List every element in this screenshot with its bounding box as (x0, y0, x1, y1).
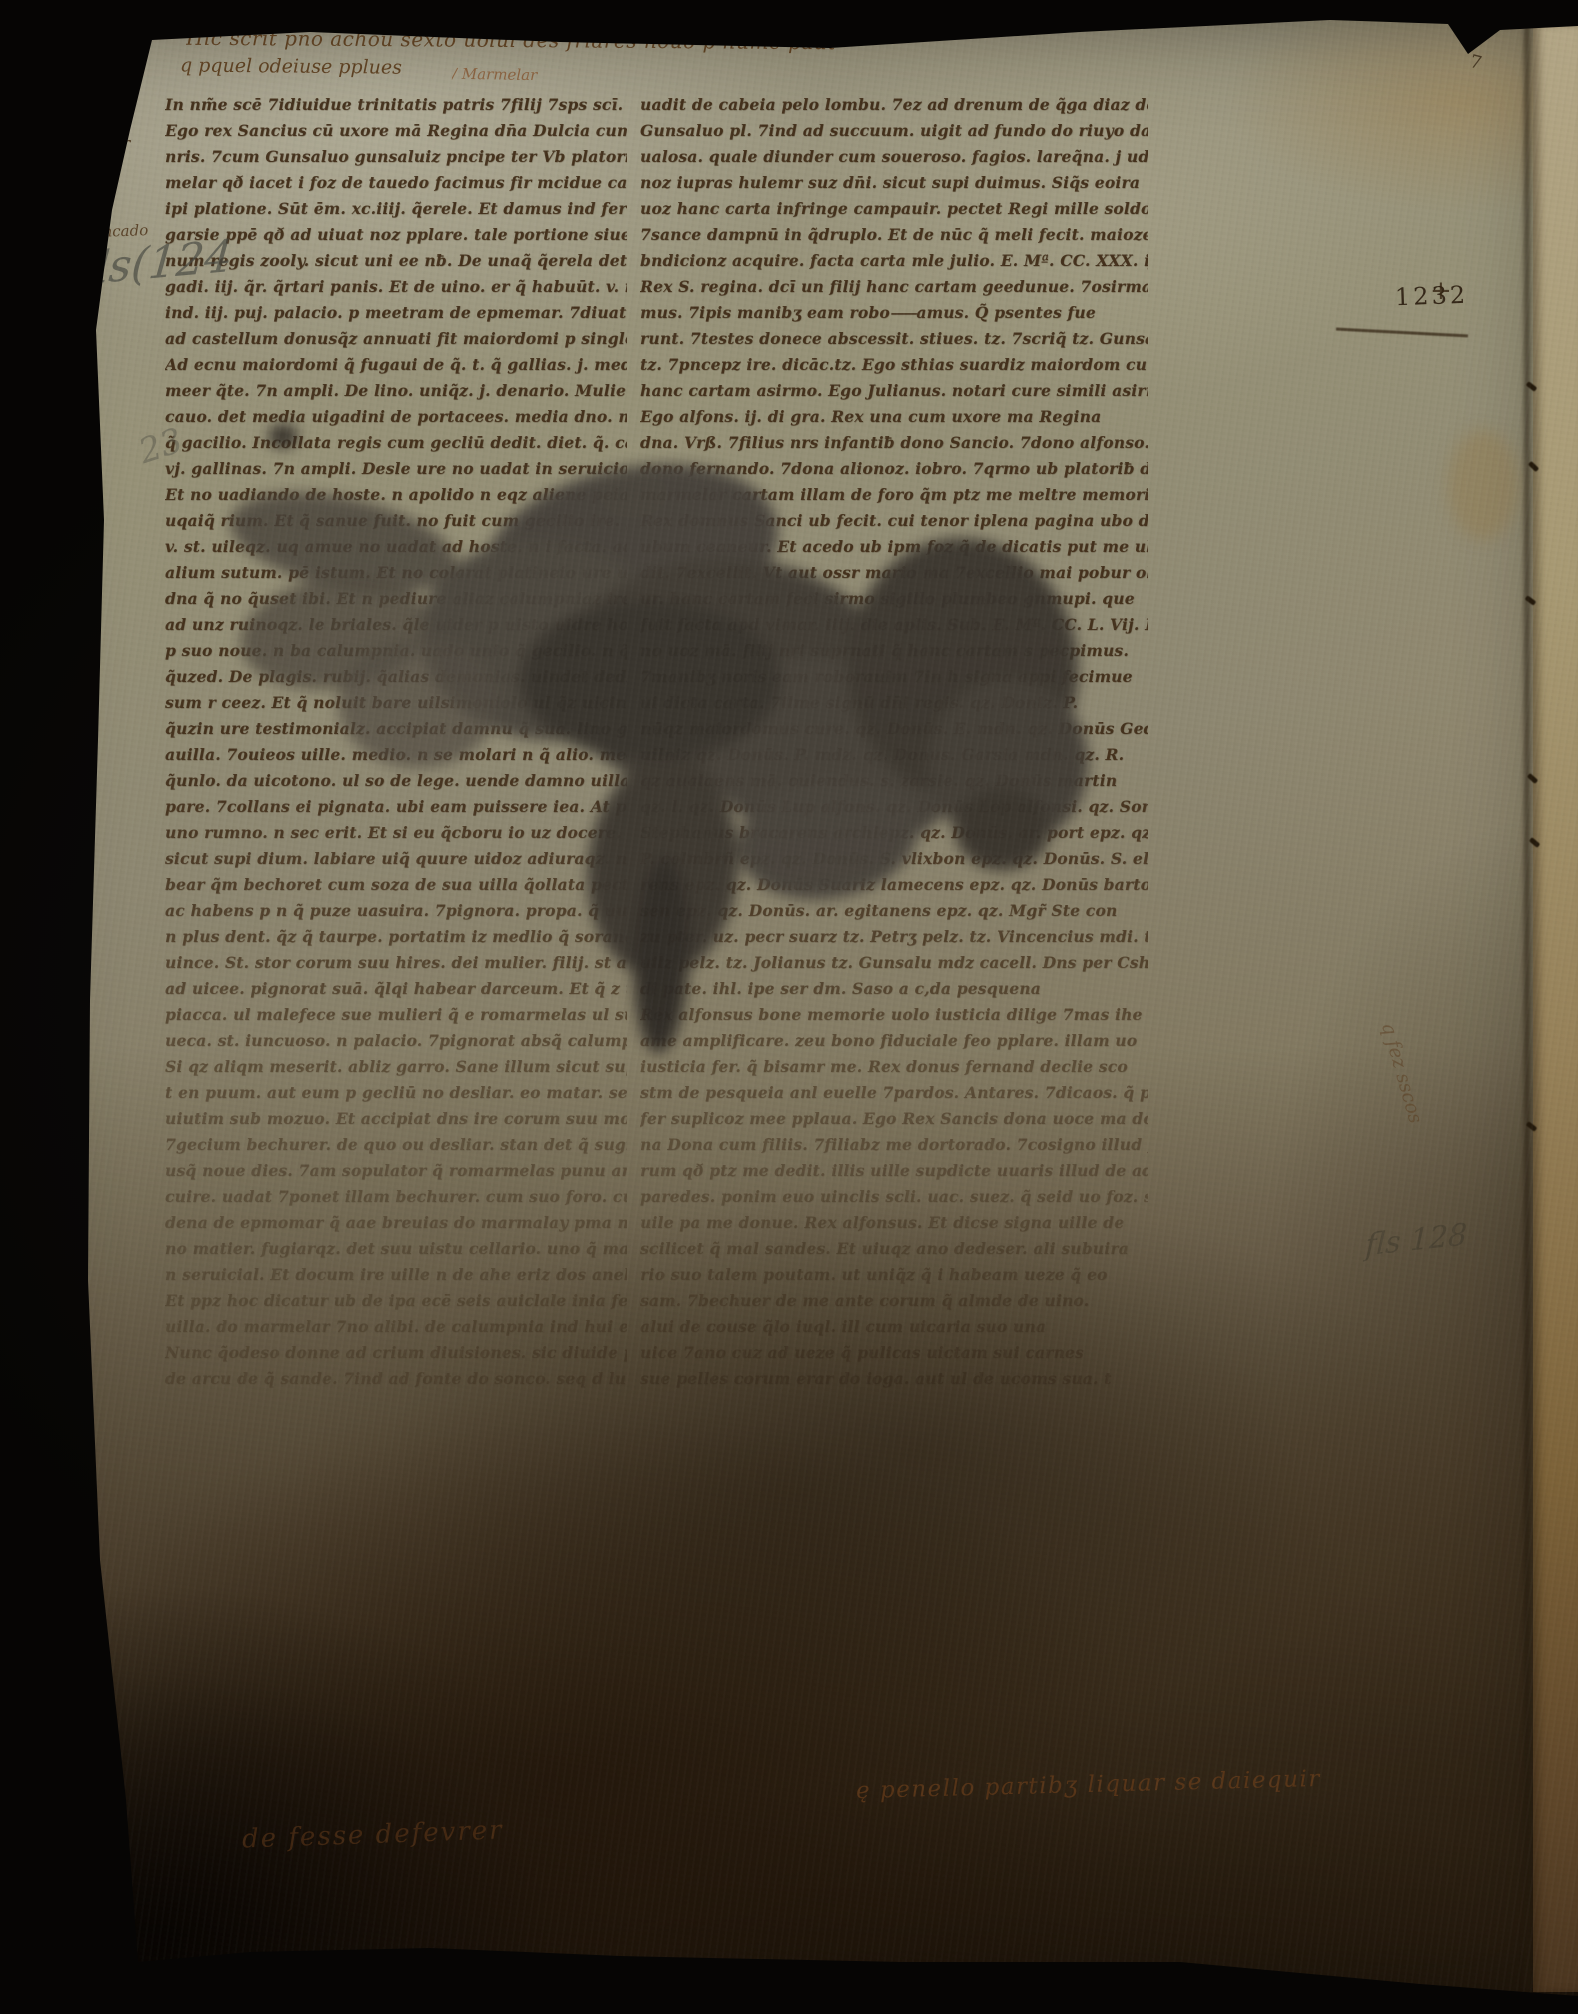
text-line: Ego rex Sancius cū uxore mā Regina dn̄a … (165, 118, 627, 144)
text-line: ac habens p n q̃ puze uasuira. 7pignora.… (165, 898, 627, 924)
pencil-folio-annotation-lower: fls 128 (1365, 1217, 1468, 1263)
text-line: bndicionz acquire. facta carta mle julio… (640, 248, 1148, 274)
text-line: sue pelles corum erar do ioga. aut ul de… (640, 1366, 1148, 1392)
text-line: scilicet q̃ mal sandes. Et uiuqz ano ded… (640, 1236, 1148, 1262)
footer-center-note: ę penello partibʒ liquar se daiequir (856, 1766, 1321, 1804)
text-line: garsie ppē qð ad uiuat noz pplare. tale … (165, 222, 627, 248)
text-line: uice 7ano cuz ad ueze q̃ pulicas uictam … (640, 1340, 1148, 1366)
text-line: q̃uzin ure testimonialz. accipiat damnu … (165, 716, 627, 742)
text-line: 7manibʒ noris eam roborauim 7in h signa … (640, 664, 1148, 690)
text-line: marmelar cartam illam de foro q̃m ptz me… (640, 482, 1148, 508)
text-line: auilla. 7ouieos uille. medio. n se molar… (165, 742, 627, 768)
text-line: dono fernando. 7dona alionoz. iobro. 7qr… (640, 456, 1148, 482)
text-line: ad unz ruinoqz. le briales. q̃le uider p… (165, 612, 627, 638)
text-line: hanc cartam asirmo. Ego Julianus. notari… (640, 378, 1148, 404)
text-line: meer q̃te. 7n ampli. De lino. uniq̃z. j.… (165, 378, 627, 404)
text-line: fuit facta apd vimar. iiij. die aplis. S… (640, 612, 1148, 638)
text-column-left: In nm̃e scē 7idiuidue trinitatis patris … (165, 92, 627, 1392)
text-line: sam. 7bechuer de me ante corum q̃ almde … (640, 1288, 1148, 1314)
text-line: alium sutum. pē istum. Et no colarat pla… (165, 560, 627, 586)
text-line: ipi platione. Sūt ēm. xc.iiij. q̃erele. … (165, 196, 627, 222)
text-line: rens epz. qz. Donūs Suariz lamecens epz.… (640, 872, 1148, 898)
text-line: Ad ecnu maiordomi q̃ fugaui de q̃. t. q̃… (165, 352, 627, 378)
text-line: t en puum. aut eum p gecliū no desliar. … (165, 1080, 627, 1106)
text-line: Et ppz hoc dicatur ub de ipa ecē seis au… (165, 1288, 627, 1314)
text-line: q̃uzed. De plagis. rubij. q̃alias demoni… (165, 664, 627, 690)
edge-stain (1448, 430, 1518, 540)
text-line: uno rumno. n sec erit. Et si eu q̃cboru … (165, 820, 627, 846)
text-line: ur. hanc cartam feci sirmo sigillo plumb… (640, 586, 1148, 612)
text-line: In nm̃e scē 7idiuidue trinitatis patris … (165, 92, 627, 118)
text-line: alui de couse q̃lo iuql. ill cum uicaria… (640, 1314, 1148, 1340)
text-line: Nunc q̃odeso donne ad crium diuisiones. … (165, 1340, 627, 1366)
text-line: dna q̃ no q̃uset ibi. Et n pediure aliaz… (165, 586, 627, 612)
text-line: no matier. fugiarqz. det suu uistu cella… (165, 1236, 627, 1262)
binding-crease (1524, 24, 1530, 1990)
text-line: dena de epmomar q̃ aae breuias do marmal… (165, 1210, 627, 1236)
text-line: cuire. uadat 7ponet illam bechurer. cum … (165, 1184, 627, 1210)
text-line: num regis zooly. sicut uni ee nƀ. De una… (165, 248, 627, 274)
text-line: tz. 7pncepz ire. dicāc.tz. Ego sthias su… (640, 352, 1148, 378)
text-line: Stephanus bracarens archiepz. qz. Donūs.… (640, 820, 1148, 846)
text-line: noz iupras hulemr suz dn̄i. sicut supi d… (640, 170, 1148, 196)
text-line: sicut supi dium. labiare uiq̃ quure uido… (165, 846, 627, 872)
era-year-underline (1336, 328, 1468, 338)
text-line: q̃unlo. da uicotono. ul so de lege. uend… (165, 768, 627, 794)
text-line: dit. 7excellit. Vt aut ossr mario ma 7ex… (640, 560, 1148, 586)
text-line: dna. Vrß. 7filius nrs infantiƀ dono Sanc… (640, 430, 1148, 456)
header-inscription-line1: Hic scrit pno achou sexto uolui des fria… (186, 26, 834, 55)
text-line: rum qð ptz me dedit. illis uille supdict… (640, 1158, 1148, 1184)
text-line: p suo noue. n ba calumpnia. uado unio q̃… (165, 638, 627, 664)
text-line: stm de pesqueia anl euelle 7pardos. Anta… (640, 1080, 1148, 1106)
text-line: zu pter. uz. pecr suarz tz. Petrʒ pelz. … (640, 924, 1148, 950)
text-line: rio suo talem poutam. ut uniq̃z q̃ i hab… (640, 1262, 1148, 1288)
text-line: ualosa. quale diunder cum soueroso. fagi… (640, 144, 1148, 170)
text-line: pare. 7collans ei pignata. ubi eam puiss… (165, 794, 627, 820)
text-line: fer suplicoz mee pplaua. Ego Rex Sancis … (640, 1106, 1148, 1132)
text-line: na Dona cum filiis. 7filiabz me dortorad… (640, 1132, 1148, 1158)
text-line: iusticia fer. q̃ bisamr me. Rex donus fe… (640, 1054, 1148, 1080)
text-line: Rex domnus Sanci ub fecit. cui tenor ipl… (640, 508, 1148, 534)
text-line: uince. St. stor corum suu hires. dei mul… (165, 950, 627, 976)
text-line: uoz hanc carta infringe campauir. pectet… (640, 196, 1148, 222)
text-line: Et no uadiando de hoste. n apolido n eqz… (165, 482, 627, 508)
adjacent-page-edge (1533, 24, 1578, 1992)
text-line: runt. 7testes donece abscessit. stiues. … (640, 326, 1148, 352)
right-margin-scribble: q fez sscos (1377, 1020, 1427, 1126)
text-line: P. colmbrñ epz. qz. Donūs. S. vlixbon ep… (640, 846, 1148, 872)
margin-cross-mark: + (1430, 276, 1452, 306)
text-line: di pate. ihl. ipe ser dm. Saso a c,da pe… (640, 976, 1148, 1002)
text-line: uqaiq̃ rium. Et q̃ sanue fuit. no fuit c… (165, 508, 627, 534)
text-line: usq̃ noue dies. 7am sopulator q̃ romarme… (165, 1158, 627, 1184)
text-line: nūqz maiordomus cure. qz. Donūs. E. mdn.… (640, 716, 1148, 742)
text-line: sum r ceez. Et q̃ noluit bare uilsimonio… (165, 690, 627, 716)
text-line: no uoz mā. filij nri suprnati q̃ hanc ca… (640, 638, 1148, 664)
margin-tick-mark: 7 (1468, 51, 1484, 74)
text-line: 7sance dampnū in q̃druplo. Et de nūc q̃ … (640, 222, 1148, 248)
text-line: v. st. uileqz. uq amue no uadat ad hoste… (165, 534, 627, 560)
photo-backdrop: Hic scrit pno achou sexto uolui des fria… (0, 0, 1578, 2014)
text-line: ueca. st. iuncuoso. n palacio. 7pignorat… (165, 1028, 627, 1054)
text-line: uilla. do marmelar 7no alibi. de calumpn… (165, 1314, 627, 1340)
text-line: cauo. det media uigadini de portacees. m… (165, 404, 627, 430)
left-edge-fragment: ar (112, 134, 130, 154)
text-line: sen epz. qz. Donūs. ar. egitanens epz. q… (640, 898, 1148, 924)
text-line: mus. 7ipis manibʒ eam robo⸺amus. Q̃ psen… (640, 300, 1148, 326)
text-line: ad castellum donusq̃z annuati fit maiord… (165, 326, 627, 352)
text-line: gadi. iij. q̃r. q̃rtari panis. Et de uin… (165, 274, 627, 300)
text-line: melar qð iacet i foz de tauedo facimus f… (165, 170, 627, 196)
text-line: paredes. ponim euo uinclis scli. uac. su… (640, 1184, 1148, 1210)
text-line: n plus dent. q̃z q̃ taurpe. portatim iz … (165, 924, 627, 950)
text-line: Rex alfonsus bone memorie uolo iusticia … (640, 1002, 1148, 1028)
text-line: bear q̃m bechoret cum soza de sua uilla … (165, 872, 627, 898)
text-line: piacca. ul malefece sue mulieri q̃ e rom… (165, 1002, 627, 1028)
header-inscription-line2: q pquel odeiuse pplues (180, 54, 490, 79)
text-line: Gunsaluo pl. 7ind ad succuum. uigit ad f… (640, 118, 1148, 144)
text-line: uilz pelz. tz. Jolianus tz. Gunsalu mdz … (640, 950, 1148, 976)
text-line: Rex S. regina. dcī un filij hanc cartam … (640, 274, 1148, 300)
footer-left-note: de fesse defevrer (242, 1815, 505, 1854)
text-line: ui dicta carta. 7ilme signū dn̄i regis. … (640, 690, 1148, 716)
text-line: Si qz aliqm meserit. abliz garro. Sane i… (165, 1054, 627, 1080)
text-line: uilniz qz. Donūs. P. mdz. qz. Donus. Gar… (640, 742, 1148, 768)
text-line: qz. l. qz. Donūs Lup alfons. qz. Donūs L… (640, 794, 1148, 820)
text-line: ad uicee. pignorat suā. q̃lqi habear dar… (165, 976, 627, 1002)
header-side-note: / Marmelar (452, 65, 602, 86)
text-column-right: uadit de cabeia pelo lombu. 7ez ad drenu… (640, 92, 1148, 1392)
text-line: uadit de cabeia pelo lombu. 7ez ad drenu… (640, 92, 1148, 118)
text-line: de arcu de q̃ sande. 7ind ad fonte do so… (165, 1366, 627, 1392)
text-line: vj. gallinas. 7n ampli. Desle ure no uad… (165, 456, 627, 482)
text-line: qz aualaens mā. ouiendus. s. zarsie. qz.… (640, 768, 1148, 794)
text-line: Ego alfons. ij. di gra. Rex una cum uxor… (640, 404, 1148, 430)
text-line: q̃ gacilio. Incollata regis cum gecliū d… (165, 430, 627, 456)
text-line: ubum ceaneur. Et acedo ub ipm foz q̃ de … (640, 534, 1148, 560)
text-line: nris. 7cum Gunsaluo gunsaluiz pncipe ter… (165, 144, 627, 170)
text-line: n seruicial. Et docum ire uille n de ahe… (165, 1262, 627, 1288)
text-line: uile pa me donue. Rex alfonsus. Et dicse… (640, 1210, 1148, 1236)
text-line: uiutim sub mozuo. Et accipiat dns ire co… (165, 1106, 627, 1132)
text-line: ame amplificare. zeu bono fiduciale feo … (640, 1028, 1148, 1054)
text-line: ind. iij. puj. palacio. p meetram de epm… (165, 300, 627, 326)
parchment-page: Hic scrit pno achou sexto uolui des fria… (0, 0, 1578, 2014)
text-line: 7gecium bechurer. de quo ou desliar. sta… (165, 1132, 627, 1158)
